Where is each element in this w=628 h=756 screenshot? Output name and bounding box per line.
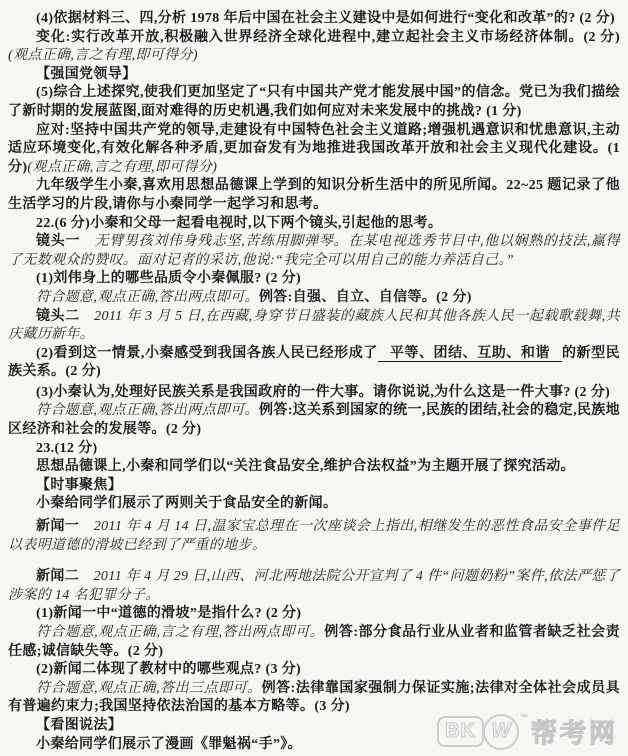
q22-scene1: 镜头一 无臂男孩刘伟身残志坚,苦练用脚弹琴。在某电视选秀节目中,他以娴熟的技法,…: [8, 233, 620, 270]
q22-3-answer: 符合题意,观点正确,答出两点即可。例答:这关系到国家的统一,民族的团结,社会的稳…: [8, 402, 620, 439]
q23-stem: 思想品德课上,小秦和同学们以“关注食品安全,维护合法权益”为主题开展了探究活动。: [8, 458, 620, 477]
watermark-bk-badge: BK: [437, 716, 484, 747]
q23-1-question: (1)新闻一中“道德的滑坡”是指什么? (2 分): [8, 605, 620, 624]
text-segment: 22.(6 分)小秦和父母一起看电视时,以下两个镜头,引起他的思考。: [36, 216, 442, 231]
text-segment: 思想品德课上,小秦和同学们以“关注食品安全,维护合法权益”为主题开展了探究活动。: [36, 459, 575, 474]
q21-5-question: (5)综合上述探究,使我们更加坚定了“只有中国共产党才能发展中国”的信念。党已为…: [8, 84, 620, 121]
text-segment: 无臂男孩刘伟身残志坚,苦练用脚弹琴。在某电视选秀节目中,他以娴熟的技法,赢得了无…: [8, 234, 620, 268]
text-segment: (1)新闻一中“道德的滑坡”是指什么? (2 分): [36, 606, 301, 621]
text-segment: 2011 年 4 月 14 日,温家宝总理在一次座谈会上指出,相继发生的恶性食品…: [8, 519, 620, 553]
q22-stem: 22.(6 分)小秦和父母一起看电视时,以下两个镜头,引起他的思考。: [8, 215, 620, 234]
text-segment: (3)小秦认为,处理好民族关系是我国政府的一件大事。请你说说,为什么这是一件大事…: [36, 385, 610, 400]
watermark-logo: BK W ™ 帮考网: [437, 713, 618, 750]
text-segment: 镜头二: [36, 309, 94, 324]
text-segment: (2)看到这一情景,小秦感受到我国各族人民已经形成了: [36, 346, 378, 361]
answer-blank-underline: 平等、团结、互助、和谐: [378, 346, 562, 362]
text-segment: 【时事聚焦】: [36, 478, 122, 493]
q22-3-question: (3)小秦认为,处理好民族关系是我国政府的一件大事。请你说说,为什么这是一件大事…: [8, 384, 620, 403]
text-segment: 九年级学生小秦,喜欢用思想品德课上学到的知识分析生活中的所见所闻。22~25 题…: [8, 178, 620, 212]
q23-news2: 新闻二 2011 年 4 月 29 日,山西、河北两地法院公开宣判了 4 件“问…: [8, 568, 620, 605]
text-segment: (5)综合上述探究,使我们更加坚定了“只有中国共产党才能发展中国”的信念。党已为…: [8, 85, 620, 119]
text-segment: 小秦给同学们展示了漫画《罪魁祸“手”》。: [36, 737, 302, 752]
q22-1-answer: 符合题意,观点正确,答出两点即可。例答:自强、自立、自信等。(2 分): [8, 289, 620, 308]
text-segment: 2011 年 3 月 5 日,在西藏,身穿节日盛装的藏族人民和其他各族人民一起载…: [8, 309, 620, 343]
text-segment: 变化:实行改革开放,积极融入世界经济全球化进程中,建立起社会主义市场经济体制。(…: [36, 30, 620, 45]
text-segment: 例答:自强、自立、自信等。(2 分): [259, 290, 472, 305]
text-segment: 镜头一: [36, 234, 95, 249]
intro-xiaoqin: 九年级学生小秦,喜欢用思想品德课上学到的知识分析生活中的所见所闻。22~25 题…: [8, 177, 620, 214]
watermark-site-name: 帮考网: [531, 713, 618, 750]
document-body: (4)依据材料三、四,分析 1978 年后中国在社会主义建设中是如何进行“变化和…: [8, 10, 620, 754]
text-segment: (2)新闻二体现了教材中的哪些观点? (3 分): [36, 662, 301, 677]
watermark-w-letter: W: [492, 720, 511, 743]
q23-2-question: (2)新闻二体现了教材中的哪些观点? (3 分): [8, 661, 620, 680]
text-segment: (观点正确,言之有理,即可得分): [8, 48, 198, 63]
text-segment: 23.(12 分): [36, 441, 97, 456]
text-segment: 【强国党领导】: [36, 67, 136, 82]
q21-4-answer: 变化:实行改革开放,积极融入世界经济全球化进程中,建立起社会主义市场经济体制。(…: [8, 29, 620, 66]
q23-1-answer: 符合题意,观点正确,言之有理,答出两点即可。例答:部分食品行业从业者和监管者缺乏…: [8, 624, 620, 661]
text-segment: 【看图说法】: [36, 718, 122, 733]
q21-4-question: (4)依据材料三、四,分析 1978 年后中国在社会主义建设中是如何进行“变化和…: [8, 10, 620, 29]
text-segment: 新闻一: [36, 519, 94, 534]
text-segment: 2011 年 4 月 29 日,山西、河北两地法院公开宣判了 4 件“问题奶粉”…: [8, 569, 620, 603]
text-segment: 符合题意,观点正确,答出三点即可。: [36, 681, 262, 696]
section-header-news-focus: 【时事聚焦】: [8, 477, 620, 496]
q21-5-answer: 应对:坚持中国共产党的领导,走建设有中国特色社会主义道路;增强机遇意识和忧患意识…: [8, 122, 620, 178]
watermark-trademark: ™: [520, 713, 528, 722]
text-segment: (1)刘伟身上的哪些品质令小秦佩服? (2 分): [36, 271, 301, 286]
q22-2-question: (2)看到这一情景,小秦感受到我国各族人民已经形成了平等、团结、互助、和谐的新型…: [8, 345, 620, 382]
text-segment: 符合题意,观点正确,答出两点即可。: [36, 403, 259, 418]
q22-1-question: (1)刘伟身上的哪些品质令小秦佩服? (2 分): [8, 270, 620, 289]
section-header-strong-party-leadership: 【强国党领导】: [8, 66, 620, 85]
text-segment: 小秦给同学们展示了两则关于食品安全的新闻。: [36, 496, 337, 511]
text-segment: 新闻二: [36, 569, 94, 584]
text-segment: (观点正确,言之有理,即可得分): [27, 160, 217, 175]
watermark-w-circle-icon: W: [483, 714, 519, 750]
exam-document: (4)依据材料三、四,分析 1978 年后中国在社会主义建设中是如何进行“变化和…: [0, 0, 628, 754]
q23-number: 23.(12 分): [8, 440, 620, 459]
text-segment: (4)依据材料三、四,分析 1978 年后中国在社会主义建设中是如何进行“变化和…: [36, 11, 615, 26]
text-segment: 符合题意,观点正确,答出两点即可。: [36, 290, 259, 305]
q23-news1: 新闻一 2011 年 4 月 14 日,温家宝总理在一次座谈会上指出,相继发生的…: [8, 518, 620, 555]
text-segment: 符合题意,观点正确,言之有理,答出两点即可。: [36, 625, 324, 640]
q22-scene2: 镜头二 2011 年 3 月 5 日,在西藏,身穿节日盛装的藏族人民和其他各族人…: [8, 308, 620, 345]
q23-intro: 小秦给同学们展示了两则关于食品安全的新闻。: [8, 495, 620, 514]
q23-2-answer: 符合题意,观点正确,答出三点即可。例答:法律靠国家强制力保证实施;法律对全体社会…: [8, 680, 620, 717]
